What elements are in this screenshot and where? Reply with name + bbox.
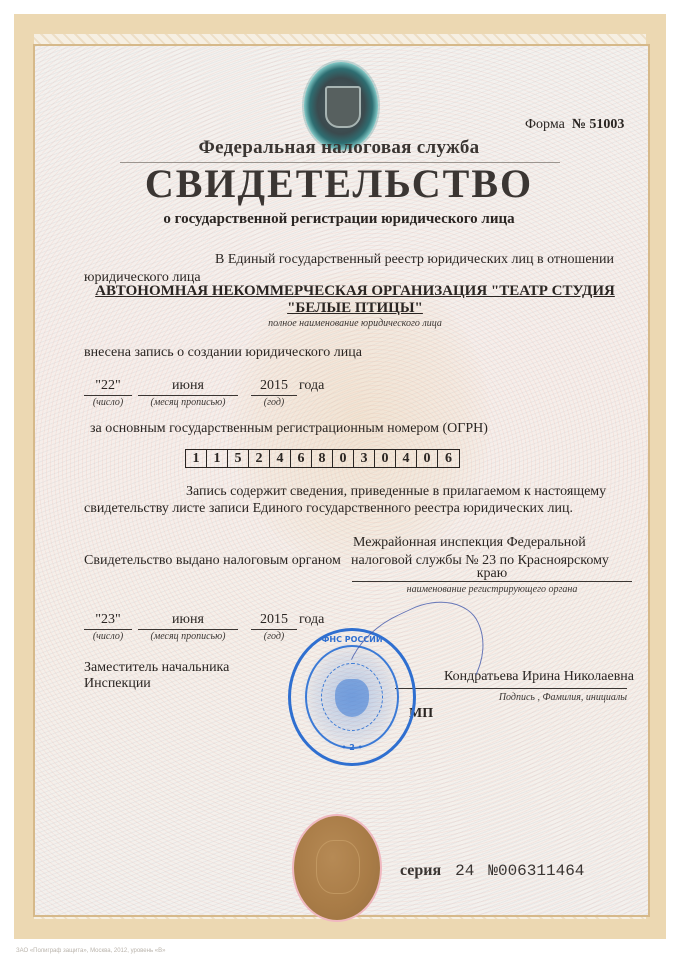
entry-day-caption: (число) bbox=[84, 397, 132, 408]
issuing-authority-line-1: Межрайонная инспекция Федеральной bbox=[353, 535, 586, 551]
series-number: серия 24 №006311464 bbox=[400, 862, 584, 880]
ogrn-digit: 1 bbox=[207, 450, 228, 467]
entry-year: 2015 bbox=[251, 378, 297, 394]
ogrn-digit: 6 bbox=[291, 450, 312, 467]
eagle-emboss-icon bbox=[316, 840, 360, 894]
ogrn-digit: 3 bbox=[354, 450, 375, 467]
issue-day-line bbox=[84, 629, 132, 630]
issue-month-line bbox=[138, 629, 238, 630]
issuer-service: Федеральная налоговая служба bbox=[0, 137, 678, 159]
entry-day: "22" bbox=[84, 378, 132, 394]
official-position-line-1: Заместитель начальника bbox=[84, 660, 229, 676]
issue-year: 2015 bbox=[251, 612, 297, 628]
ogrn-digit: 0 bbox=[417, 450, 438, 467]
entry-year-caption: (год) bbox=[251, 397, 297, 408]
issued-by-label: Свидетельство выдано налоговым органом bbox=[84, 553, 341, 569]
ogrn-digit: 8 bbox=[312, 450, 333, 467]
ogrn-label: за основным государственным регистрацион… bbox=[90, 421, 488, 437]
ogrn-digit: 5 bbox=[228, 450, 249, 467]
entry-month-line bbox=[138, 395, 238, 396]
entry-month-caption: (месяц прописью) bbox=[138, 397, 238, 408]
ogrn-digit: 2 bbox=[249, 450, 270, 467]
issue-day: "23" bbox=[84, 612, 132, 628]
entry-month: июня bbox=[138, 378, 238, 394]
coat-of-arms-icon bbox=[325, 86, 361, 128]
entry-day-line bbox=[84, 395, 132, 396]
organization-name-line-1: АВТОНОМНАЯ НЕКОММЕРЧЕСКАЯ ОРГАНИЗАЦИЯ "Т… bbox=[90, 283, 620, 300]
ogrn-digit: 0 bbox=[375, 450, 396, 467]
document-title: СВИДЕТЕЛЬСТВО bbox=[0, 160, 678, 207]
organization-caption: полное наименование юридического лица bbox=[90, 318, 620, 329]
issuing-authority-line bbox=[352, 581, 632, 582]
entry-text: внесена запись о создании юридического л… bbox=[84, 345, 362, 361]
ogrn-digit: 1 bbox=[186, 450, 207, 467]
embossed-seal-icon bbox=[294, 816, 380, 920]
ogrn-digit: 4 bbox=[270, 450, 291, 467]
printer-note: ЗАО «Полиграф защита», Москва, 2012, уро… bbox=[16, 948, 165, 954]
record-text-line-1: Запись содержит сведения, приведенные в … bbox=[186, 484, 606, 500]
ogrn-digit: 0 bbox=[333, 450, 354, 467]
issuing-authority-line-3: краю bbox=[352, 566, 632, 582]
issue-day-caption: (число) bbox=[84, 631, 132, 642]
record-text-line-2: свидетельству листе записи Единого госуд… bbox=[84, 501, 573, 517]
intro-line-1: В Единый государственный реестр юридичес… bbox=[215, 252, 614, 268]
entry-year-line bbox=[251, 395, 297, 396]
issue-year-suffix: года bbox=[299, 612, 324, 628]
document-subtitle: о государственной регистрации юридическо… bbox=[0, 211, 678, 228]
ogrn-digit: 4 bbox=[396, 450, 417, 467]
issue-year-line bbox=[251, 629, 297, 630]
form-number: Форма № 51003 bbox=[525, 117, 624, 133]
organization-name-line-2: "БЕЛЫЕ ПТИЦЫ" bbox=[90, 300, 620, 317]
official-position-line-2: Инспекции bbox=[84, 676, 151, 692]
issue-month-caption: (месяц прописью) bbox=[138, 631, 238, 642]
stamp-number: • 2 • bbox=[291, 743, 413, 752]
issue-month: июня bbox=[138, 612, 238, 628]
entry-year-suffix: года bbox=[299, 378, 324, 394]
ogrn-number: 1152468030406 bbox=[185, 449, 460, 468]
ogrn-digit: 6 bbox=[438, 450, 459, 467]
issuing-authority-caption: наименование регистрирующего органа bbox=[352, 584, 632, 595]
